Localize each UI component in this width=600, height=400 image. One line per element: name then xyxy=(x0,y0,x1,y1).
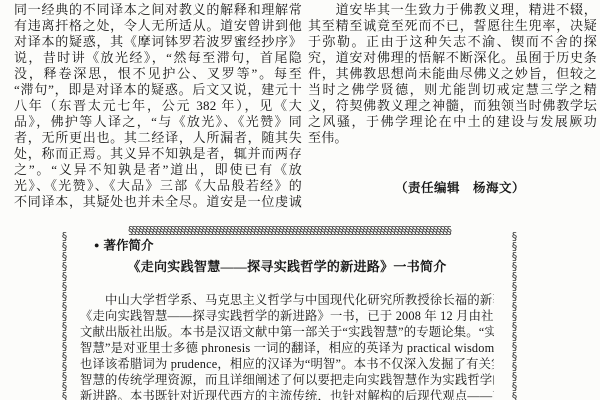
text-line: “滞句”，即是对译本的疑惑。后文又说，建元十 xyxy=(14,82,302,98)
text-line: 之”。“义异不知孰是者”道出，即使已有《放 xyxy=(14,162,302,178)
text-line: 《走向实践智慧——探寻实践哲学的新进路》一书，已于 2008 年 12 月由社会… xyxy=(80,308,494,324)
text-line: 处，称而正焉。其义异不知孰是者，辄并而两存 xyxy=(14,146,302,162)
text-line: 于弥勒。正由于这种矢志不渝、锲而不舍的探 xyxy=(308,34,597,50)
text-line: 同一经典的不同译本之间对教义的解释和理解常 xyxy=(14,2,302,18)
left-text-column: 同一经典的不同译本之间对教义的解释和理解常 有违离扞格之处，令人无所适从。道安曾… xyxy=(14,2,302,210)
book-intro-paragraph: 中山大学哲学系、马克思主义哲学与中国现代化研究所教授徐长福的新著 《走向实践智慧… xyxy=(80,292,494,400)
text-line: 说，昔时讲《放光经》，“然每至滞句，首尾隐 xyxy=(14,50,302,66)
book-intro-content: ●著作简介 《走向实践智慧——探寻实践哲学的新进路》一书简介 中山大学哲学系、马… xyxy=(80,238,494,400)
editor-credit: （责任编辑 杨海文） xyxy=(308,178,597,196)
text-line: 文献出版社出版。本书是汉语文献中第一部关于“实践智慧”的专题论集。“实践 xyxy=(80,324,494,340)
text-line: 八年（东晋太元七年，公元 382 年），见《大 xyxy=(14,98,302,114)
bullet-icon: ● xyxy=(94,240,99,250)
section-label: ●著作简介 xyxy=(94,238,494,253)
text-line: 件，其佛教思想尚未能曲尽佛义之妙旨，但较之 xyxy=(308,66,597,82)
text-line: 至伟。 xyxy=(308,130,597,146)
text-line: 中山大学哲学系、马克思主义哲学与中国现代化研究所教授徐长福的新著 xyxy=(80,292,494,308)
book-intro-box: §§§§§§§§§§§§§§§§§§§§§§§§§§§§§§§§§§§§§§§§… xyxy=(58,226,520,400)
text-line: 智慧的传统学理资源，而且详细阐述了何以要把走向实践智慧作为实践哲学的一条 xyxy=(80,372,494,388)
text-line: 不同译本，其疑处也并未全尽。道安是一位虔诚 xyxy=(14,194,302,210)
ornamental-border-top: §§§§§§§§§§§§§§§§§§§§§§§§§§§§§§§§§§§§§§§§… xyxy=(66,226,512,237)
text-line: 有违离扞格之处，令人无所适从。道安曾讲到他 xyxy=(14,18,302,34)
text-line: 智慧”是对亚里士多德 phronesis 一词的翻译，相应的英译为 practi… xyxy=(80,340,494,356)
text-line: 其至精至诚竟至死而不已，誓愿往生兜率，决疑 xyxy=(308,18,597,34)
scanned-journal-page: 同一经典的不同译本之间对教义的解释和理解常 有违离扞格之处，令人无所适从。道安曾… xyxy=(0,0,600,400)
text-line: 之风骚，于佛学理论在中土的建设与发展厥功 xyxy=(308,114,597,130)
right-text-column: 道安毕其一生致力于佛教义理，精进不辍， 其至精至诚竟至死而不已，誓愿往生兜率，决… xyxy=(308,2,597,196)
ornamental-border-left: §§§§§§§§§§§§§§§§§§§§§§§§§§§§§§§§§§§§§§§§ xyxy=(58,230,70,400)
ornamental-border-right: §§§§§§§§§§§§§§§§§§§§§§§§§§§§§§§§§§§§§§§§ xyxy=(508,230,520,400)
text-line: 新进路。本书既针对近现代西方的主流传统，也针对解构的后现代观点——前者以 xyxy=(80,388,494,400)
text-line: 光》、《光赞》、《大品》三部《大品般若经》的 xyxy=(14,178,302,194)
book-intro-title: 《走向实践智慧——探寻实践哲学的新进路》一书简介 xyxy=(80,259,494,275)
text-line: 道安毕其一生致力于佛教义理，精进不辍， xyxy=(308,2,597,18)
text-line: 对译本的疑惑，其《摩诃钵罗若波罗蜜经抄序》 xyxy=(14,34,302,50)
text-line: 也译该希腊词为 prudence，相应的汉译为“明智”。本书不仅深入发掘了有关实… xyxy=(80,356,494,372)
section-label-text: 著作简介 xyxy=(103,239,153,253)
text-line: 品》，佛护等人译之，“与《放光》、《光赞》同 xyxy=(14,114,302,130)
text-line: 义，符契佛教义理之神髓，而独领当时佛教学坛 xyxy=(308,98,597,114)
text-line: 当时之佛学贤德，则尤能剀切戒定慧三学之精 xyxy=(308,82,597,98)
text-line: 没，释卷深思，恨不见护公、叉罗等”。每至 xyxy=(14,66,302,82)
text-line: 究，道安对佛理的悟解不断深化。虽囿于历史条 xyxy=(308,50,597,66)
text-line: 者，无所更出也。其二经译，人所漏者，随其失 xyxy=(14,130,302,146)
